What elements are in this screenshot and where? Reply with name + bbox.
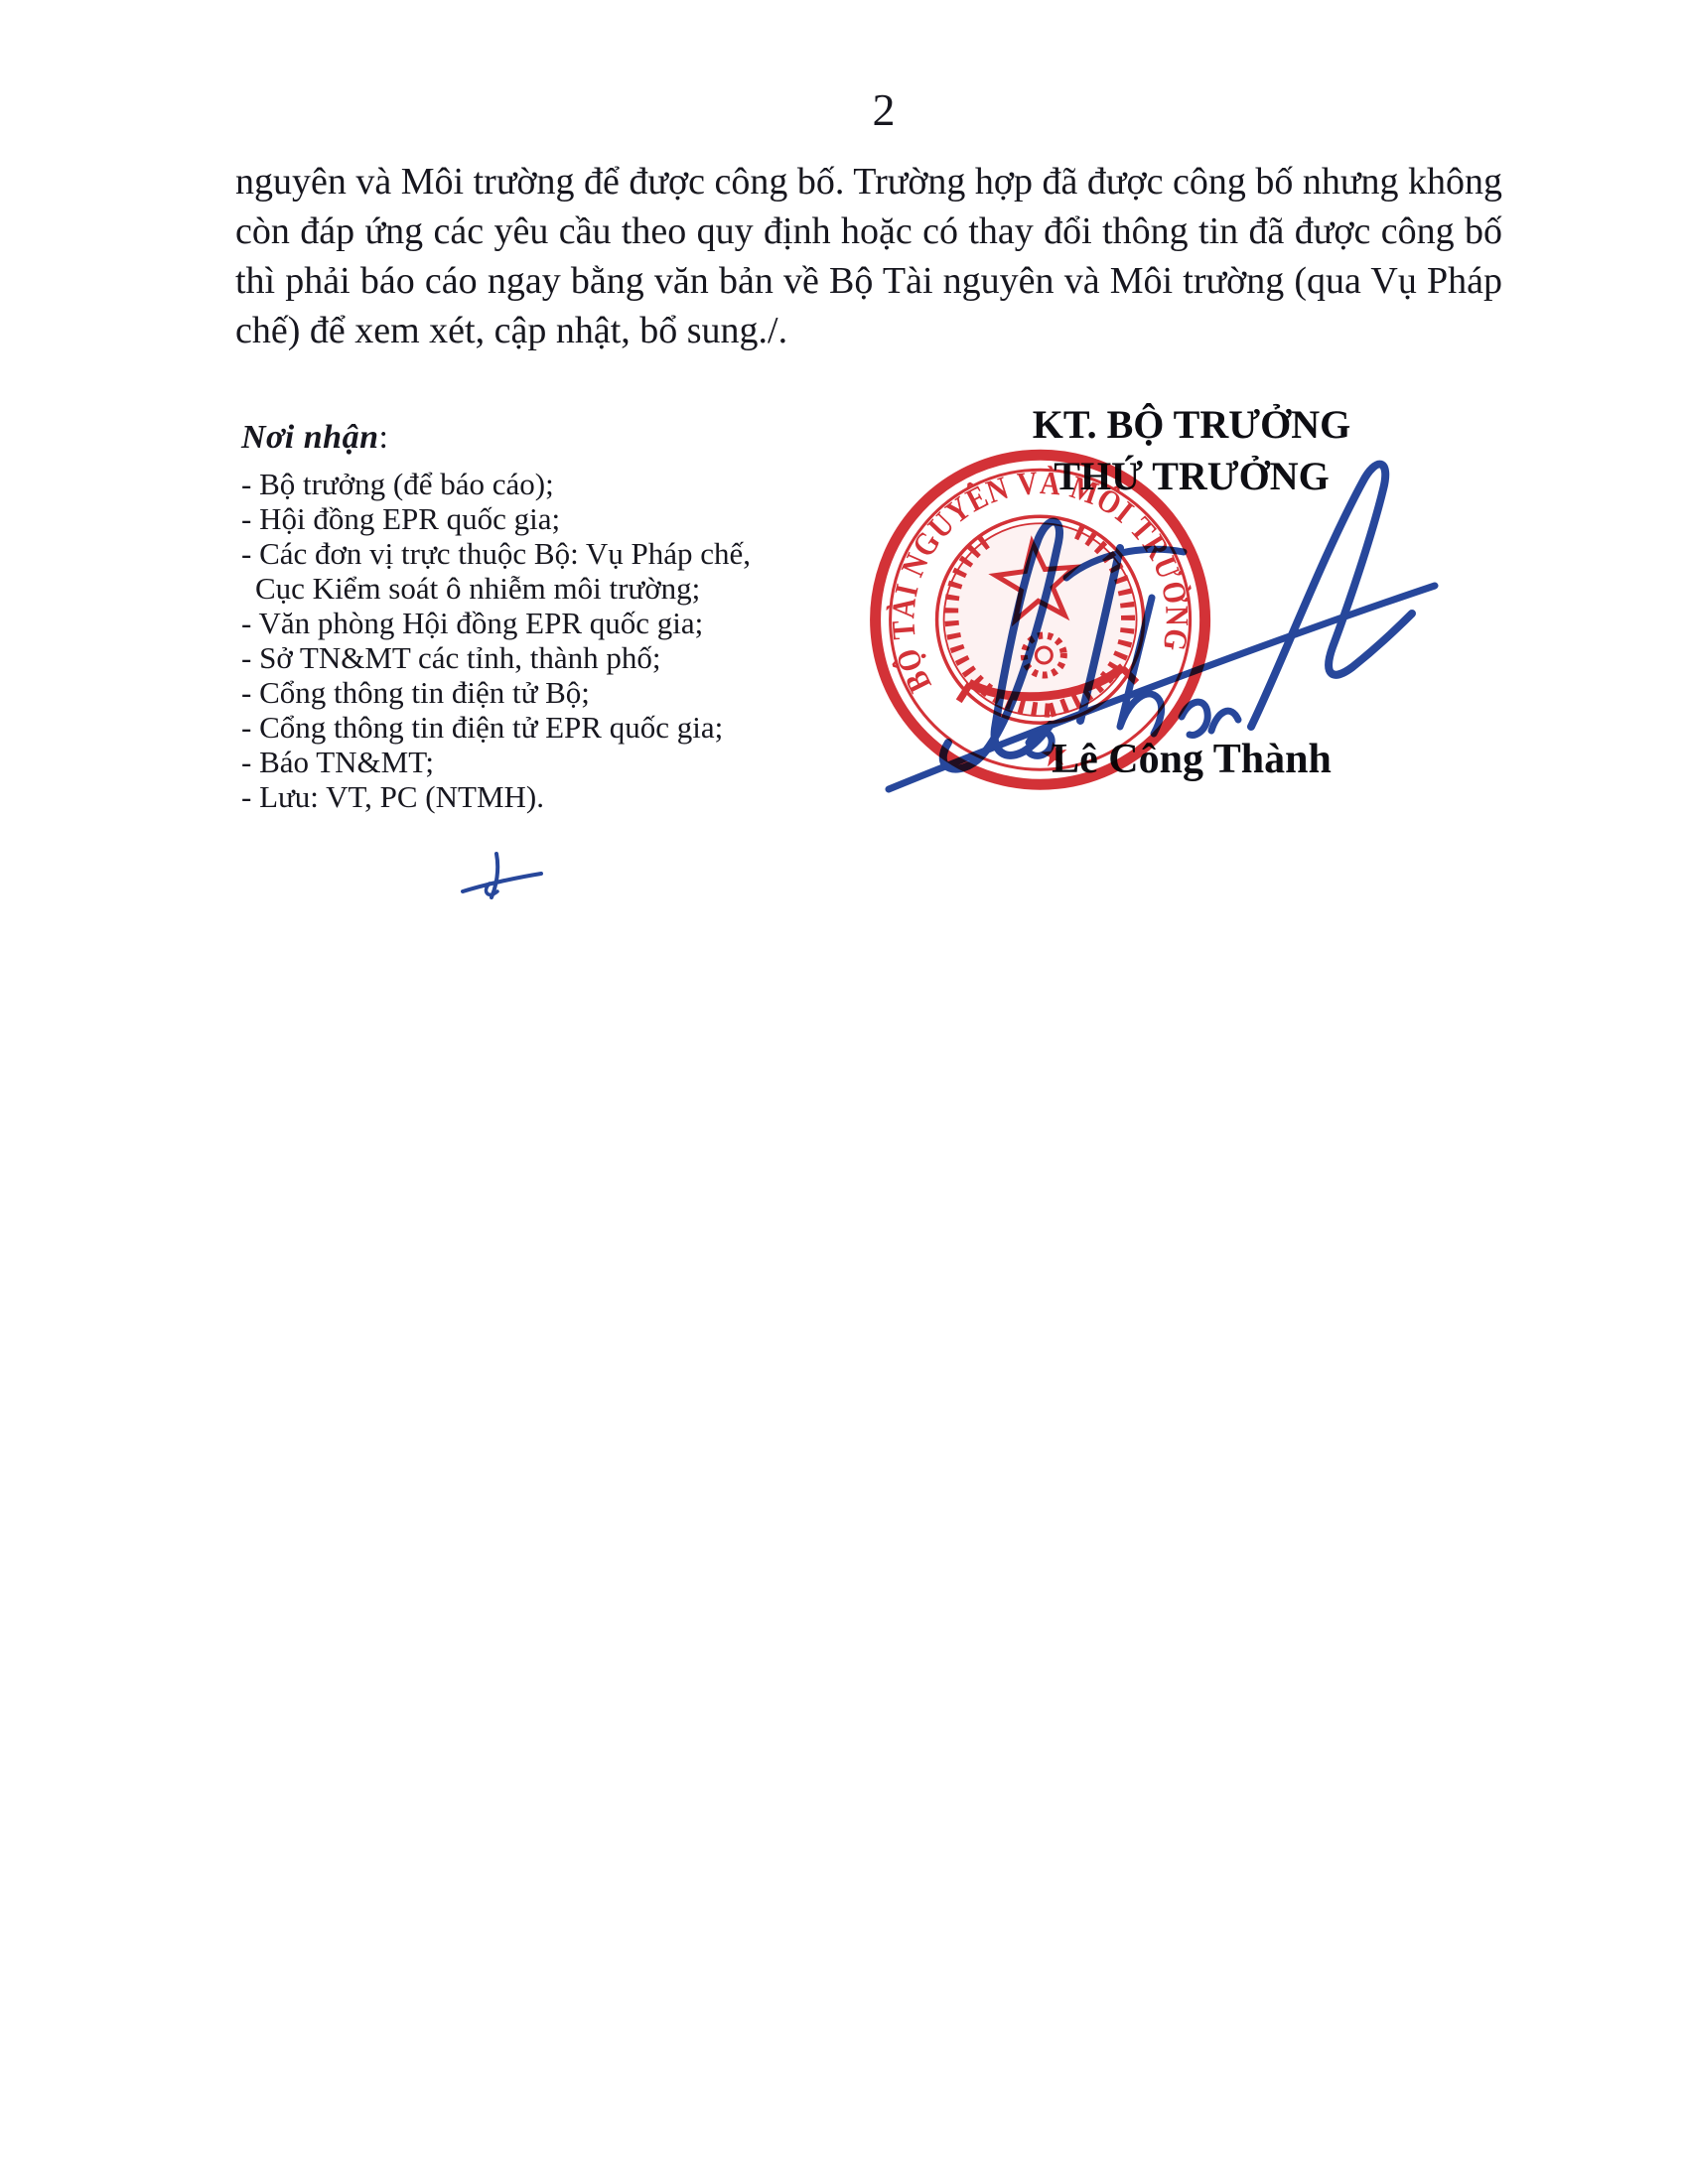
recipient-line: - Cổng thông tin điện tử Bộ; bbox=[241, 675, 797, 710]
body-paragraph: nguyên và Môi trường để được công bố. Tr… bbox=[235, 157, 1502, 355]
signature-letter-T-bar bbox=[1066, 549, 1184, 578]
signature-final-flourish bbox=[1251, 465, 1412, 727]
recipient-line: - Hội đồng EPR quốc gia; bbox=[241, 501, 797, 536]
recipients-heading-text: Nơi nhận bbox=[241, 419, 378, 456]
recipient-line: - Báo TN&MT; bbox=[241, 745, 797, 779]
recipient-line: - Bộ trưởng (để báo cáo); bbox=[241, 467, 797, 501]
signature-letters-an bbox=[1182, 702, 1238, 735]
recipients-heading-colon: : bbox=[378, 419, 388, 456]
document-page: { "page": { "number": "2" }, "paragraph"… bbox=[0, 0, 1688, 2184]
signature-letter-T-stem bbox=[1080, 548, 1120, 721]
paraph-horizontal-stroke bbox=[463, 874, 541, 891]
paragraph-line: chế) để xem xét, cập nhật, bổ sung./. bbox=[235, 306, 1502, 355]
paragraph-line: còn đáp ứng các yêu cầu theo quy định ho… bbox=[235, 206, 1502, 256]
recipient-line: - Cổng thông tin điện tử EPR quốc gia; bbox=[241, 710, 797, 745]
paragraph-line: thì phải báo cáo ngay bằng văn bản về Bộ… bbox=[235, 256, 1502, 306]
recipient-line: - Các đơn vị trực thuộc Bộ: Vụ Pháp chế, bbox=[241, 536, 797, 571]
recipient-line: - Văn phòng Hội đồng EPR quốc gia; bbox=[241, 606, 797, 640]
signature-letter-h bbox=[1120, 598, 1162, 734]
signature-ink bbox=[854, 427, 1470, 814]
initials-mark bbox=[445, 840, 554, 911]
recipients-block: Nơi nhận: - Bộ trưởng (để báo cáo); - Hộ… bbox=[241, 419, 797, 814]
signature-underline-stroke bbox=[889, 586, 1435, 789]
page-number: 2 bbox=[814, 83, 953, 136]
recipient-line: - Lưu: VT, PC (NTMH). bbox=[241, 779, 797, 814]
recipients-heading: Nơi nhận: bbox=[241, 419, 797, 457]
paragraph-line: nguyên và Môi trường để được công bố. Tr… bbox=[235, 157, 1502, 206]
recipient-line: Cục Kiểm soát ô nhiễm môi trường; bbox=[241, 571, 797, 606]
recipient-line: - Sở TN&MT các tỉnh, thành phố; bbox=[241, 640, 797, 675]
